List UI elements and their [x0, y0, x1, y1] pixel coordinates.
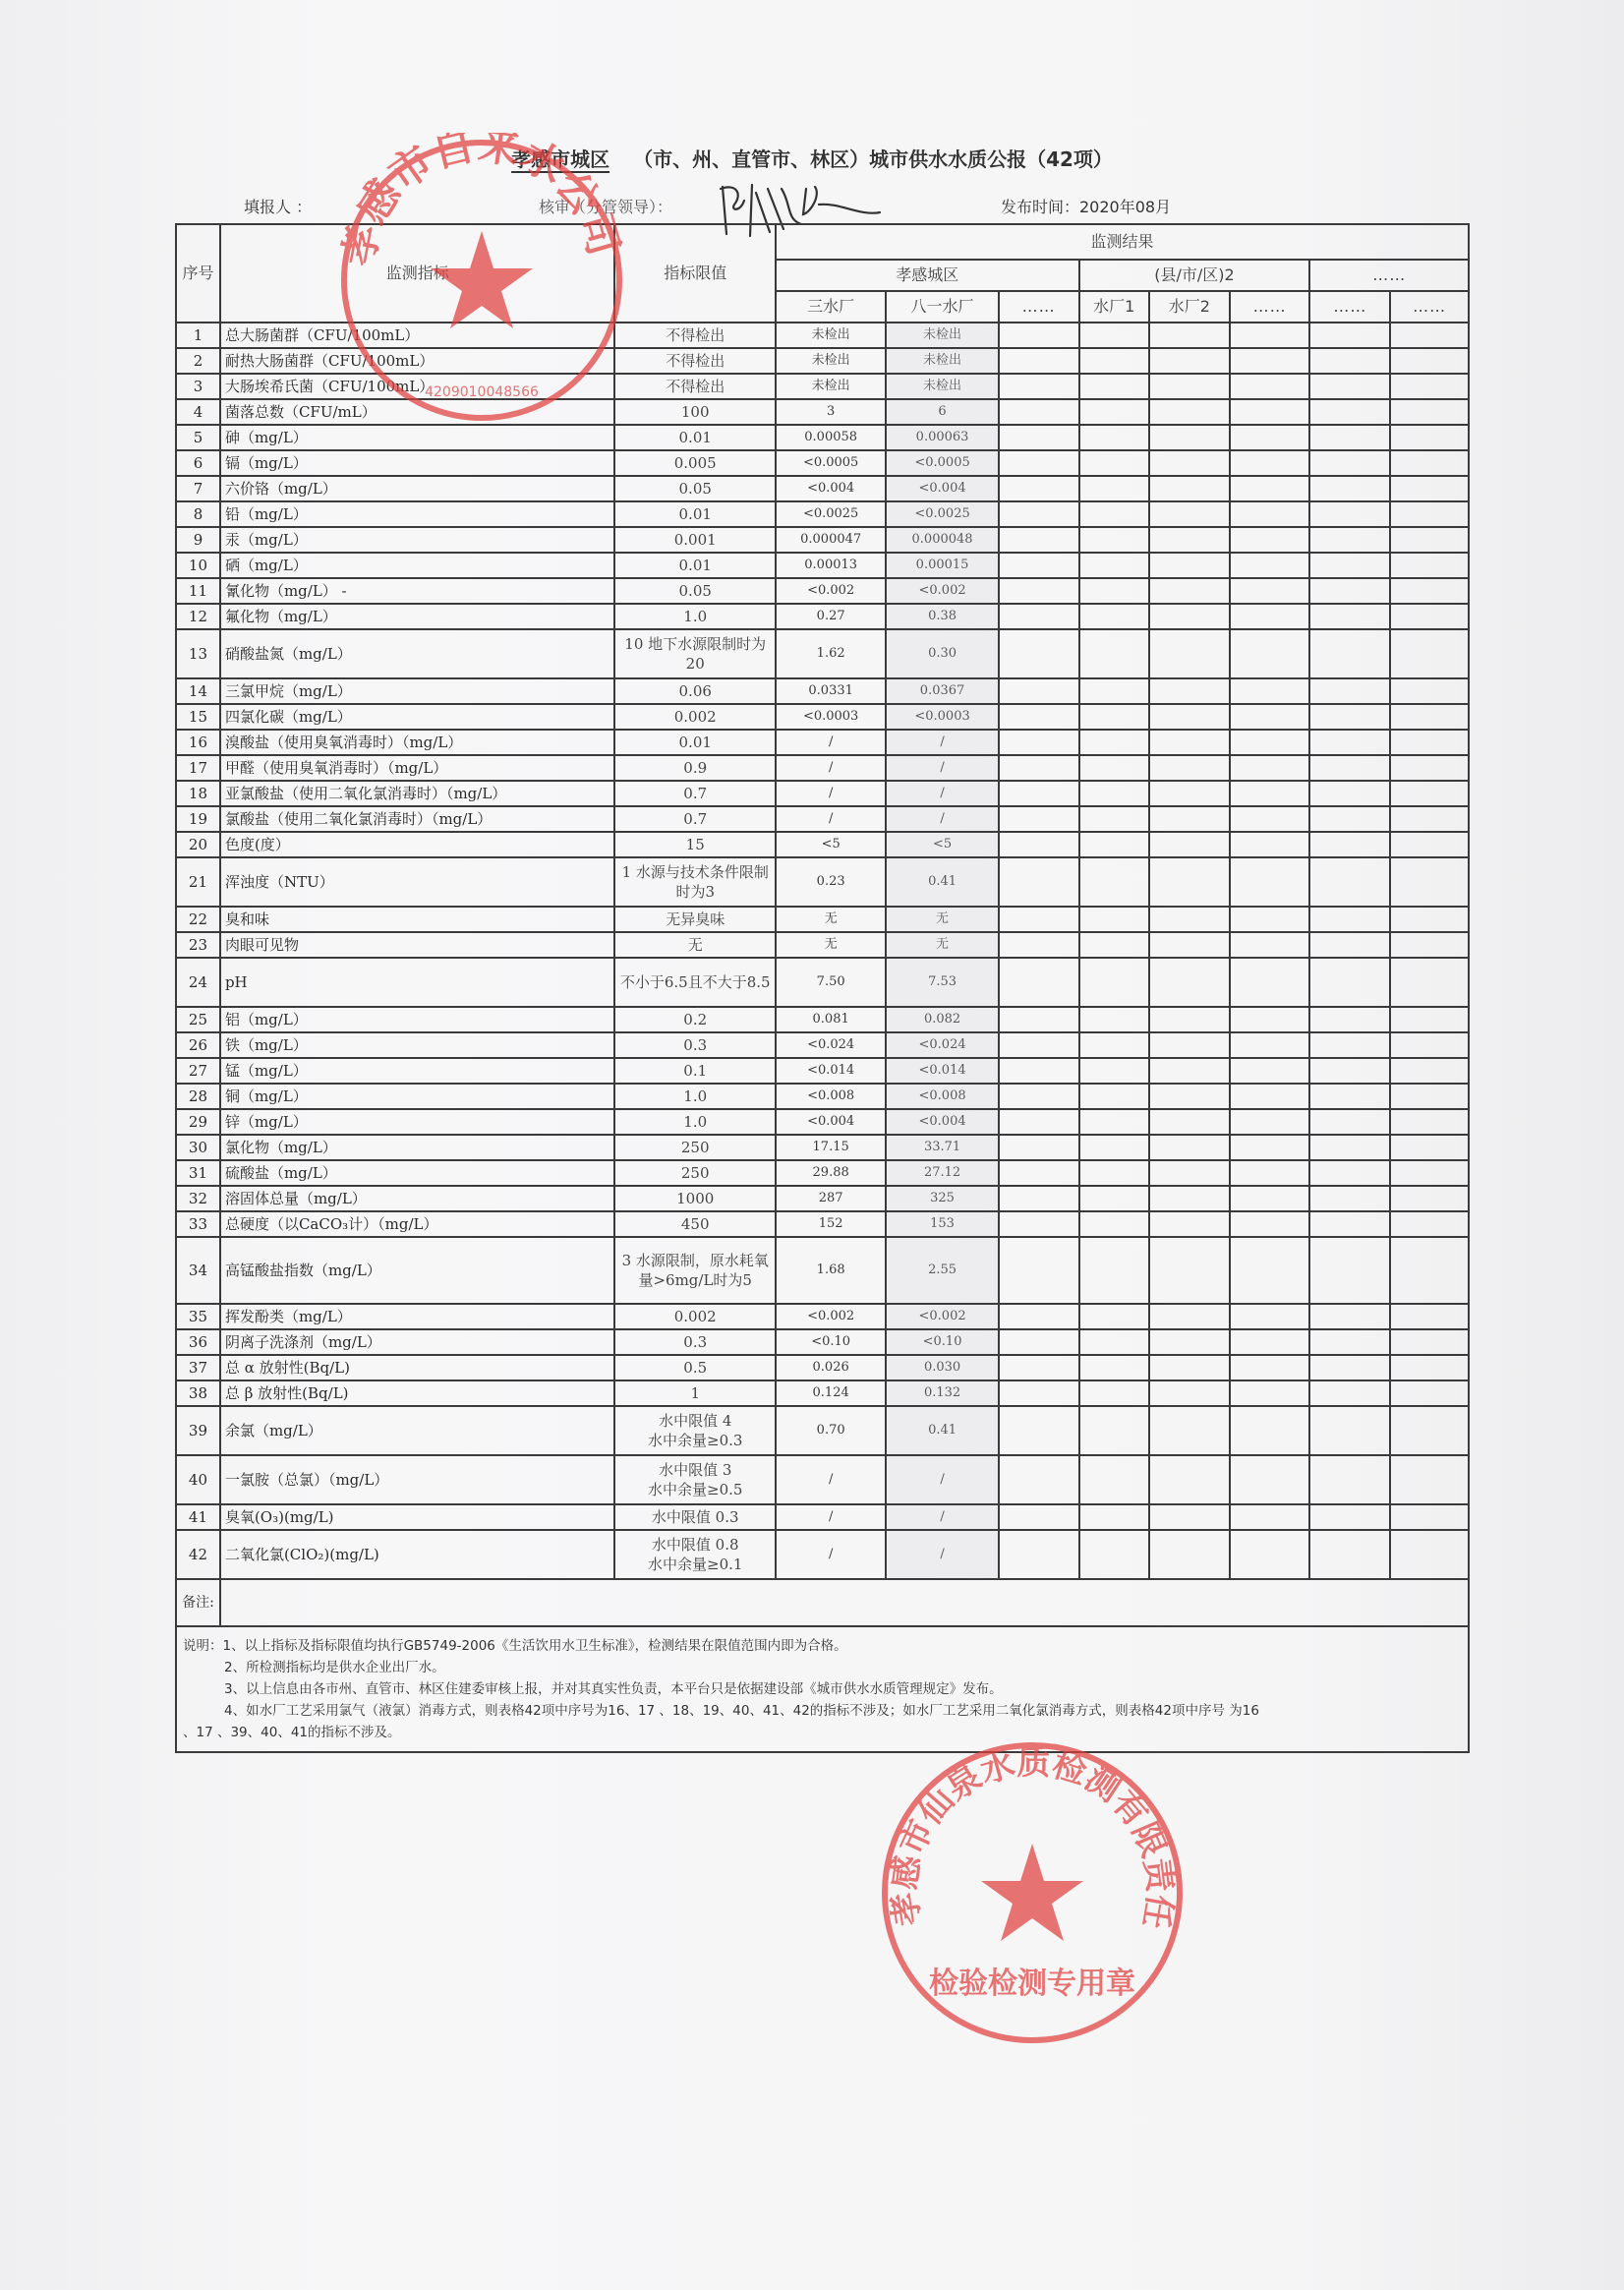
row-number: 21	[176, 857, 220, 907]
result-empty	[999, 399, 1079, 425]
result-empty	[1079, 1135, 1150, 1160]
water-quality-table: 序号 监测指标 指标限值 监测结果 孝感城区 (县/市/区)2 …… 三水厂八一…	[175, 223, 1470, 1753]
row-number: 22	[176, 907, 220, 932]
indicator-name: 三氯甲烷（mg/L）	[220, 678, 615, 704]
result-empty	[1079, 832, 1150, 857]
result-empty	[1079, 450, 1150, 476]
row-number: 41	[176, 1504, 220, 1530]
result-empty	[1230, 730, 1310, 755]
result-empty	[1309, 1237, 1390, 1304]
result-plant-2: <0.10	[886, 1329, 998, 1355]
note-4: 4、如水厂工艺采用氯气（液氯）消毒方式，则表格42项中序号为16、17 、18、…	[183, 1700, 1462, 1722]
result-empty	[1309, 1032, 1390, 1058]
result-plant-2: <0.0005	[886, 450, 998, 476]
result-empty	[1309, 1084, 1390, 1109]
result-empty	[1149, 1380, 1230, 1406]
indicator-limit: 1000	[614, 1186, 775, 1211]
result-empty	[1390, 501, 1469, 527]
seal2-subtext: 检验检测专用章	[929, 1967, 1135, 2001]
result-empty	[1309, 1058, 1390, 1084]
result-plant-2: 0.00015	[886, 553, 998, 578]
result-plant-2: /	[886, 806, 998, 832]
result-empty	[1390, 932, 1469, 958]
result-empty	[1079, 1211, 1150, 1237]
result-empty	[1079, 755, 1150, 781]
result-empty	[999, 629, 1079, 678]
result-empty	[1230, 1504, 1310, 1530]
result-empty	[1149, 857, 1230, 907]
row-number: 1	[176, 323, 220, 348]
result-empty	[1230, 1329, 1310, 1355]
result-empty	[1079, 907, 1150, 932]
result-empty	[1230, 629, 1310, 678]
result-empty	[1079, 1406, 1150, 1455]
indicator-limit: 1.0	[614, 1084, 775, 1109]
result-empty	[1149, 476, 1230, 501]
result-empty	[1079, 374, 1150, 399]
indicator-limit: 250	[614, 1160, 775, 1186]
result-plant-2: 0.00063	[886, 425, 998, 450]
table-row: 24pH不小于6.5且不大于8.57.507.53	[176, 958, 1469, 1007]
result-empty	[1309, 476, 1390, 501]
result-empty	[1309, 501, 1390, 527]
result-empty	[1309, 374, 1390, 399]
publish-date: 发布时间：2020年08月	[1001, 195, 1171, 217]
result-empty	[1390, 907, 1469, 932]
result-plant-2: /	[886, 755, 998, 781]
result-empty	[1390, 348, 1469, 374]
indicator-name: 氰化物（mg/L） -	[220, 578, 615, 604]
result-plant-1: 29.88	[776, 1160, 886, 1186]
result-plant-1: /	[776, 1455, 886, 1504]
header-plant: 三水厂	[776, 291, 886, 323]
result-empty	[1230, 1032, 1310, 1058]
result-empty	[1149, 629, 1230, 678]
indicator-limit: 无	[614, 932, 775, 958]
result-empty	[1079, 1186, 1150, 1211]
indicator-limit: 水中限值 3 水中余量≥0.5	[614, 1455, 775, 1504]
result-empty	[1309, 1504, 1390, 1530]
result-plant-1: 0.23	[776, 857, 886, 907]
table-row: 29锌（mg/L）1.0<0.004<0.004	[176, 1109, 1469, 1135]
indicator-limit: 不得检出	[614, 348, 775, 374]
table-row: 20色度(度）15<5<5	[176, 832, 1469, 857]
indicator-limit: 0.7	[614, 781, 775, 806]
result-empty	[1149, 578, 1230, 604]
result-empty	[999, 730, 1079, 755]
result-empty	[1309, 704, 1390, 730]
result-empty	[1309, 527, 1390, 553]
result-empty	[1390, 1186, 1469, 1211]
result-plant-1: 0.27	[776, 604, 886, 629]
result-empty	[1230, 527, 1310, 553]
indicator-limit: 0.05	[614, 578, 775, 604]
result-empty	[1149, 1355, 1230, 1380]
result-empty	[1309, 907, 1390, 932]
result-empty	[1149, 1058, 1230, 1084]
remark-value	[220, 1579, 1469, 1626]
result-empty	[999, 1160, 1079, 1186]
indicator-name: 氟化物（mg/L）	[220, 604, 615, 629]
result-empty	[1390, 1355, 1469, 1380]
result-empty	[999, 1530, 1079, 1579]
row-number: 24	[176, 958, 220, 1007]
indicator-name: pH	[220, 958, 615, 1007]
note-4-cont: 、17 、39、40、41的指标不涉及。	[183, 1722, 1462, 1743]
result-empty	[1230, 1455, 1310, 1504]
result-empty	[1309, 323, 1390, 348]
result-empty	[1390, 958, 1469, 1007]
indicator-name: 铅（mg/L）	[220, 501, 615, 527]
result-empty	[1079, 932, 1150, 958]
result-empty	[1390, 1135, 1469, 1160]
indicator-name: 氯酸盐（使用二氧化氯消毒时）（mg/L）	[220, 806, 615, 832]
result-empty	[999, 450, 1079, 476]
inspection-seal-stamp: 孝感市仙泉水质检测有限责任公司 检验检测专用章	[875, 1735, 1189, 2050]
table-row: 35挥发酚类（mg/L）0.002<0.002<0.002	[176, 1304, 1469, 1329]
result-empty	[999, 678, 1079, 704]
indicator-limit: 水中限值 4 水中余量≥0.3	[614, 1406, 775, 1455]
header-region2: (县/市/区)2	[1079, 260, 1310, 291]
indicator-limit: 1	[614, 1380, 775, 1406]
indicator-limit: 0.01	[614, 501, 775, 527]
table-row: 33总硬度（以CaCO₃计）（mg/L）450152153	[176, 1211, 1469, 1237]
result-plant-2: 7.53	[886, 958, 998, 1007]
result-plant-1: 0.000047	[776, 527, 886, 553]
result-empty	[1149, 1186, 1230, 1211]
result-empty	[1230, 678, 1310, 704]
result-empty	[999, 907, 1079, 932]
indicator-name: 浑浊度（NTU）	[220, 857, 615, 907]
indicator-limit: 1.0	[614, 604, 775, 629]
result-plant-1: /	[776, 755, 886, 781]
result-plant-1: 17.15	[776, 1135, 886, 1160]
indicator-name: 汞（mg/L）	[220, 527, 615, 553]
result-empty	[1309, 857, 1390, 907]
result-empty	[999, 1135, 1079, 1160]
notes-section: 说明：1、以上指标及指标限值均执行GB5749-2006《生活饮用水卫生标准》，…	[176, 1626, 1469, 1752]
indicator-name: 硝酸盐氮（mg/L）	[220, 629, 615, 678]
result-empty	[1309, 781, 1390, 806]
result-empty	[1149, 323, 1230, 348]
table-row: 19氯酸盐（使用二氧化氯消毒时）（mg/L）0.7//	[176, 806, 1469, 832]
row-number: 42	[176, 1530, 220, 1579]
indicator-limit: 无异臭味	[614, 907, 775, 932]
indicator-limit: 0.05	[614, 476, 775, 501]
result-empty	[1230, 1058, 1310, 1084]
row-number: 35	[176, 1304, 220, 1329]
result-empty	[1390, 1109, 1469, 1135]
result-empty	[1079, 1032, 1150, 1058]
table-row: 7六价铬（mg/L）0.05<0.004<0.004	[176, 476, 1469, 501]
result-empty	[999, 527, 1079, 553]
result-plant-1: <0.008	[776, 1084, 886, 1109]
table-row: 5砷（mg/L）0.010.000580.00063	[176, 425, 1469, 450]
indicator-name: 一氯胺（总氯）（mg/L）	[220, 1455, 615, 1504]
indicator-limit: 水中限值 0.8 水中余量≥0.1	[614, 1530, 775, 1579]
result-empty	[1390, 1380, 1469, 1406]
remark-label: 备注:	[176, 1579, 220, 1626]
result-empty	[1149, 1032, 1230, 1058]
result-empty	[999, 425, 1079, 450]
row-number: 34	[176, 1237, 220, 1304]
result-empty	[1309, 1007, 1390, 1032]
indicator-limit: 0.005	[614, 450, 775, 476]
result-empty	[1079, 678, 1150, 704]
result-empty	[1230, 1211, 1310, 1237]
result-empty	[1309, 425, 1390, 450]
header-plant: ……	[1230, 291, 1310, 323]
result-empty	[999, 1504, 1079, 1530]
table-row: 21浑浊度（NTU）1 水源与技术条件限制时为30.230.41	[176, 857, 1469, 907]
result-plant-1: /	[776, 1504, 886, 1530]
row-number: 11	[176, 578, 220, 604]
result-empty	[1390, 704, 1469, 730]
row-number: 9	[176, 527, 220, 553]
table-row: 41臭氧(O₃)(mg/L)水中限值 0.3//	[176, 1504, 1469, 1530]
result-empty	[1230, 781, 1310, 806]
result-empty	[999, 604, 1079, 629]
result-plant-1: 1.68	[776, 1237, 886, 1304]
result-empty	[1149, 730, 1230, 755]
result-empty	[1079, 1530, 1150, 1579]
indicator-limit: 450	[614, 1211, 775, 1237]
indicator-limit: 0.002	[614, 704, 775, 730]
result-plant-2: 325	[886, 1186, 998, 1211]
table-row: 22臭和味无异臭味无无	[176, 907, 1469, 932]
table-row: 9汞（mg/L）0.0010.0000470.000048	[176, 527, 1469, 553]
result-empty	[1309, 399, 1390, 425]
result-empty	[1079, 1084, 1150, 1109]
result-empty	[1230, 1380, 1310, 1406]
indicator-limit: 15	[614, 832, 775, 857]
result-empty	[1079, 1355, 1150, 1380]
result-empty	[999, 1304, 1079, 1329]
table-row: 27锰（mg/L）0.1<0.014<0.014	[176, 1058, 1469, 1084]
indicator-limit: 0.3	[614, 1329, 775, 1355]
result-plant-1: <0.004	[776, 1109, 886, 1135]
result-empty	[999, 755, 1079, 781]
row-number: 30	[176, 1135, 220, 1160]
result-empty	[1390, 832, 1469, 857]
indicator-limit: 0.3	[614, 1032, 775, 1058]
indicator-name: 挥发酚类（mg/L）	[220, 1304, 615, 1329]
result-empty	[1390, 781, 1469, 806]
indicator-limit: 0.7	[614, 806, 775, 832]
result-empty	[1309, 553, 1390, 578]
indicator-name: 六价铬（mg/L）	[220, 476, 615, 501]
result-empty	[1309, 1160, 1390, 1186]
result-empty	[1390, 425, 1469, 450]
indicator-name: 阴离子洗涤剂（mg/L）	[220, 1329, 615, 1355]
indicator-limit: 不得检出	[614, 374, 775, 399]
result-empty	[1079, 1160, 1150, 1186]
indicator-name: 铜（mg/L）	[220, 1084, 615, 1109]
result-empty	[1309, 450, 1390, 476]
indicator-name: 高锰酸盐指数（mg/L）	[220, 1237, 615, 1304]
row-number: 25	[176, 1007, 220, 1032]
result-empty	[999, 374, 1079, 399]
document-page: 孝感市城区（市、州、直管市、林区）城市供水水质公报（42项） 填报人 ： 核审（…	[0, 0, 1624, 2290]
result-empty	[1309, 932, 1390, 958]
row-number: 10	[176, 553, 220, 578]
indicator-limit: 3 水源限制，原水耗氧量>6mg/L时为5	[614, 1237, 775, 1304]
table-row: 10硒（mg/L）0.010.000130.00015	[176, 553, 1469, 578]
table-row: 1总大肠菌群（CFU/100mL）不得检出未检出未检出	[176, 323, 1469, 348]
table-row: 32溶固体总量（mg/L）1000287325	[176, 1186, 1469, 1211]
result-empty	[999, 501, 1079, 527]
result-empty	[1390, 1504, 1469, 1530]
indicator-name: 二氧化氯(ClO₂)(mg/L)	[220, 1530, 615, 1579]
row-number: 33	[176, 1211, 220, 1237]
result-empty	[1390, 1211, 1469, 1237]
result-plant-1: 152	[776, 1211, 886, 1237]
result-empty	[1079, 553, 1150, 578]
result-plant-2: 33.71	[886, 1135, 998, 1160]
row-number: 27	[176, 1058, 220, 1084]
result-plant-2: /	[886, 730, 998, 755]
result-empty	[1079, 857, 1150, 907]
result-empty	[1309, 348, 1390, 374]
result-empty	[1149, 755, 1230, 781]
result-empty	[1230, 1406, 1310, 1455]
result-empty	[1230, 932, 1310, 958]
table-row: 40一氯胺（总氯）（mg/L）水中限值 3 水中余量≥0.5//	[176, 1455, 1469, 1504]
result-empty	[1390, 1329, 1469, 1355]
result-empty	[1309, 678, 1390, 704]
indicator-limit: 不得检出	[614, 323, 775, 348]
result-empty	[1079, 704, 1150, 730]
result-empty	[1309, 1455, 1390, 1504]
result-empty	[1079, 1504, 1150, 1530]
result-empty	[1309, 1380, 1390, 1406]
result-plant-1: /	[776, 730, 886, 755]
table-row: 37总 α 放射性(Bq/L)0.50.0260.030	[176, 1355, 1469, 1380]
row-number: 2	[176, 348, 220, 374]
result-empty	[1149, 781, 1230, 806]
result-empty	[1079, 806, 1150, 832]
result-empty	[1390, 1084, 1469, 1109]
table-row: 23肉眼可见物无无无	[176, 932, 1469, 958]
row-number: 20	[176, 832, 220, 857]
result-plant-1: /	[776, 806, 886, 832]
result-plant-2: 0.030	[886, 1355, 998, 1380]
result-empty	[1230, 1084, 1310, 1109]
result-empty	[999, 1329, 1079, 1355]
title-rest: （市、州、直管市、林区）城市供水水质公报（42项）	[633, 147, 1113, 171]
result-empty	[1079, 1007, 1150, 1032]
result-empty	[999, 781, 1079, 806]
row-number: 12	[176, 604, 220, 629]
result-empty	[999, 1032, 1079, 1058]
result-plant-2: 无	[886, 932, 998, 958]
result-empty	[1230, 348, 1310, 374]
table-row: 15四氯化碳（mg/L）0.002<0.0003<0.0003	[176, 704, 1469, 730]
result-plant-1: 3	[776, 399, 886, 425]
result-empty	[999, 1380, 1079, 1406]
result-plant-2: 6	[886, 399, 998, 425]
row-number: 38	[176, 1380, 220, 1406]
table-row: 6镉（mg/L）0.005<0.0005<0.0005	[176, 450, 1469, 476]
result-plant-2: 0.132	[886, 1380, 998, 1406]
result-empty	[1230, 806, 1310, 832]
result-empty	[1149, 425, 1230, 450]
result-empty	[1390, 730, 1469, 755]
row-number: 31	[176, 1160, 220, 1186]
result-plant-2: /	[886, 1530, 998, 1579]
table-row: 38总 β 放射性(Bq/L)10.1240.132	[176, 1380, 1469, 1406]
result-empty	[1149, 1007, 1230, 1032]
header-plant: 水厂1	[1079, 291, 1150, 323]
row-number: 26	[176, 1032, 220, 1058]
seal2-text: 孝感市仙泉水质检测有限责任公司	[875, 1735, 1180, 1931]
result-empty	[1079, 348, 1150, 374]
result-empty	[1079, 629, 1150, 678]
result-plant-1: <0.004	[776, 476, 886, 501]
indicator-name: 总 β 放射性(Bq/L)	[220, 1380, 615, 1406]
result-empty	[999, 348, 1079, 374]
header-no: 序号	[176, 224, 220, 323]
indicator-name: 铁（mg/L）	[220, 1032, 615, 1058]
result-empty	[1230, 1160, 1310, 1186]
result-empty	[999, 1455, 1079, 1504]
result-empty	[1149, 604, 1230, 629]
result-empty	[1149, 553, 1230, 578]
result-empty	[1149, 527, 1230, 553]
row-number: 18	[176, 781, 220, 806]
result-plant-1: <0.002	[776, 1304, 886, 1329]
table-row: 16溴酸盐（使用臭氧消毒时）（mg/L）0.01//	[176, 730, 1469, 755]
result-empty	[1390, 1455, 1469, 1504]
result-plant-1: 0.081	[776, 1007, 886, 1032]
row-number: 15	[176, 704, 220, 730]
row-number: 14	[176, 678, 220, 704]
indicator-limit: 0.2	[614, 1007, 775, 1032]
result-empty	[1079, 1237, 1150, 1304]
result-plant-2: 0.30	[886, 629, 998, 678]
header-plant: 水厂2	[1149, 291, 1230, 323]
result-empty	[1079, 1304, 1150, 1329]
result-empty	[1390, 1032, 1469, 1058]
result-empty	[1149, 678, 1230, 704]
indicator-limit: 10 地下水源限制时为20	[614, 629, 775, 678]
result-empty	[1390, 399, 1469, 425]
result-plant-1: 0.026	[776, 1355, 886, 1380]
result-empty	[1390, 806, 1469, 832]
svg-text:孝感市仙泉水质检测有限责任公司: 孝感市仙泉水质检测有限责任公司	[875, 1735, 1180, 1931]
result-empty	[999, 1058, 1079, 1084]
result-empty	[1149, 1329, 1230, 1355]
result-plant-1: 0.70	[776, 1406, 886, 1455]
table-row: 42二氧化氯(ClO₂)(mg/L)水中限值 0.8 水中余量≥0.1//	[176, 1530, 1469, 1579]
indicator-name: 耐热大肠菌群（CFU/100mL）	[220, 348, 615, 374]
result-empty	[1230, 450, 1310, 476]
row-number: 29	[176, 1109, 220, 1135]
row-number: 8	[176, 501, 220, 527]
table-row: 39余氯（mg/L）水中限值 4 水中余量≥0.30.700.41	[176, 1406, 1469, 1455]
result-empty	[999, 323, 1079, 348]
indicator-name: 臭氧(O₃)(mg/L)	[220, 1504, 615, 1530]
indicator-name: 溶固体总量（mg/L）	[220, 1186, 615, 1211]
result-plant-2: <0.0003	[886, 704, 998, 730]
result-empty	[1390, 1058, 1469, 1084]
result-empty	[1149, 1406, 1230, 1455]
result-plant-2: 0.38	[886, 604, 998, 629]
result-plant-2: 153	[886, 1211, 998, 1237]
result-plant-1: 7.50	[776, 958, 886, 1007]
result-empty	[999, 1186, 1079, 1211]
result-plant-2: 0.41	[886, 1406, 998, 1455]
